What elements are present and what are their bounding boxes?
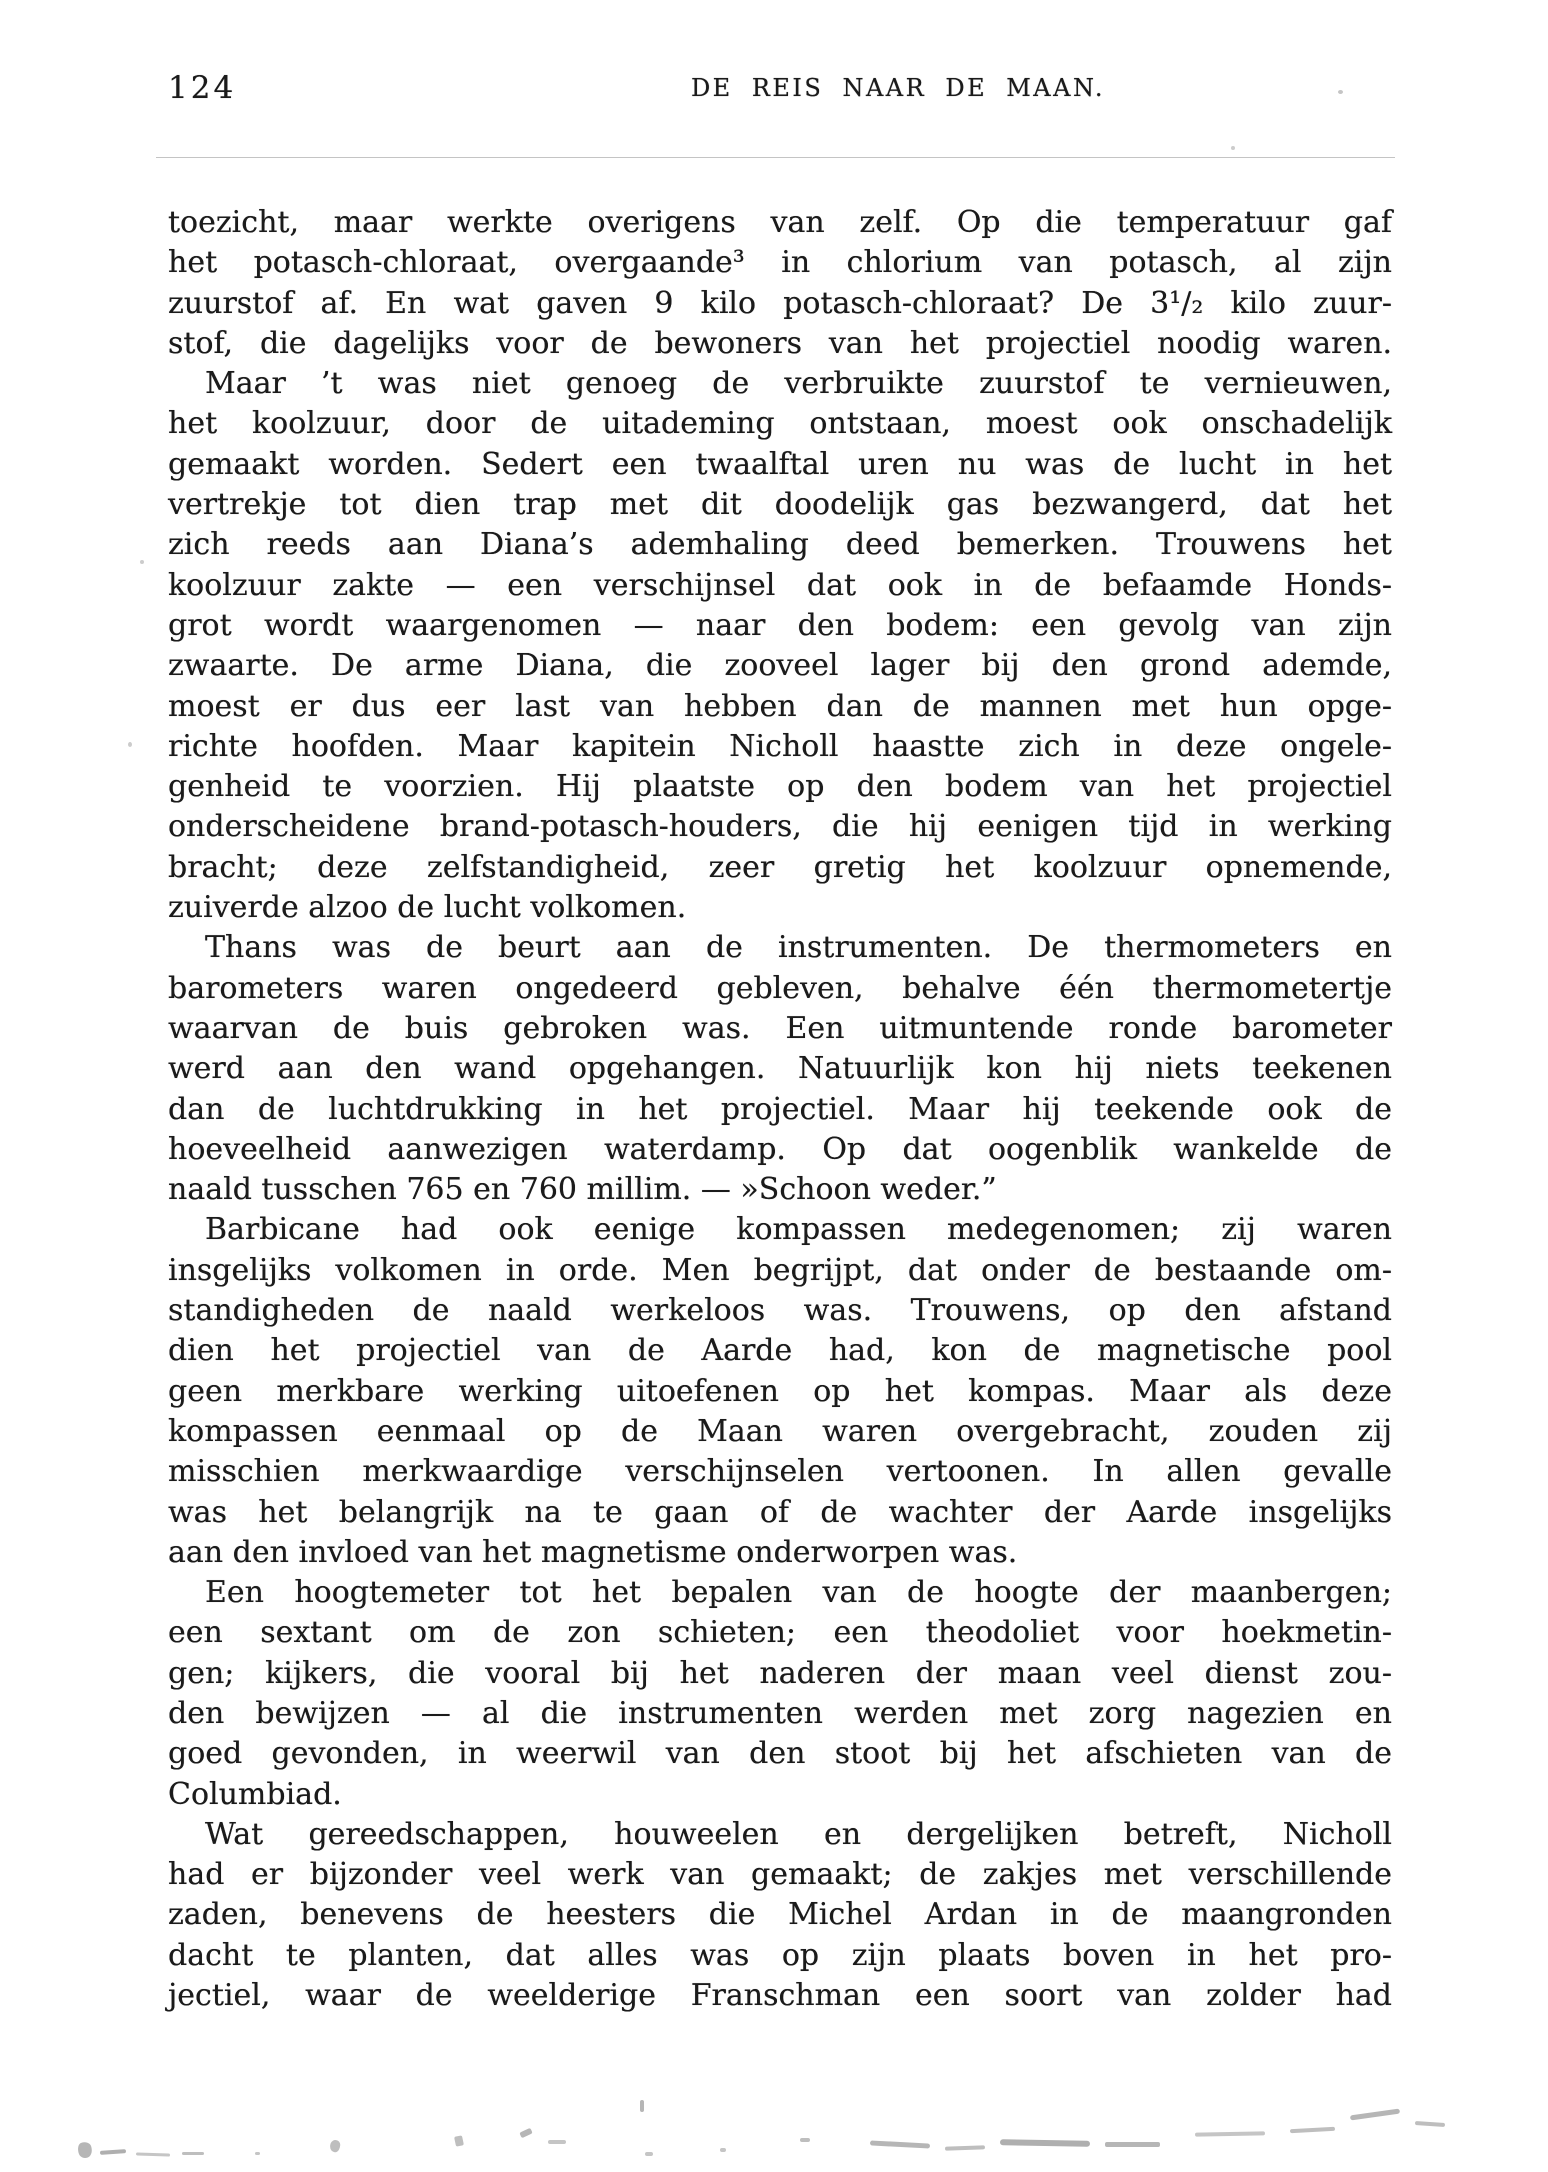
text-line: Barbicane had ook eenige kompassen medeg… [168, 1210, 1392, 1250]
text-line: zuiverde alzoo de lucht volkomen. [168, 888, 1392, 928]
text-line: standigheden de naald werkeloos was. Tro… [168, 1291, 1392, 1331]
text-line: hoeveelheid aanwezigen waterdamp. Op dat… [168, 1130, 1392, 1170]
page-header: 124 DE REIS NAAR DE MAAN. [168, 68, 1392, 112]
text-line: den bewijzen — al die instrumenten werde… [168, 1694, 1392, 1734]
scan-speckle [519, 2128, 532, 2139]
text-line: gen; kijkers, die vooral bij het naderen… [168, 1654, 1392, 1694]
text-line: jectiel, waar de weelderige Franschman e… [168, 1976, 1392, 2016]
text-line: zwaarte. De arme Diana, die zooveel lage… [168, 646, 1392, 686]
text-line: moest er dus eer last van hebben dan de … [168, 687, 1392, 727]
text-line: het koolzuur, door de uitademing ontstaa… [168, 404, 1392, 444]
header-rule [155, 152, 1396, 157]
text-line: dien het projectiel van de Aarde had, ko… [168, 1331, 1392, 1371]
scan-speckle [140, 560, 144, 564]
scan-speckle [945, 2145, 985, 2150]
scan-speckle [1105, 2142, 1160, 2147]
text-line: richte hoofden. Maar kapitein Nicholl ha… [168, 727, 1392, 767]
text-line: zuurstof af. En wat gaven 9 kilo potasch… [168, 284, 1392, 324]
text-line: koolzuur zakte — een verschijnsel dat oo… [168, 566, 1392, 606]
scan-speckle [548, 2140, 566, 2144]
text-line: zaden, benevens de heesters die Michel A… [168, 1895, 1392, 1935]
scan-speckle [182, 2152, 204, 2155]
scan-speckle [1000, 2139, 1090, 2147]
text-line: genheid te voorzien. Hij plaatste op den… [168, 767, 1392, 807]
scan-speckle [100, 2149, 126, 2155]
text-line: toezicht, maar werkte overigens van zelf… [168, 203, 1392, 243]
text-line: Columbiad. [168, 1775, 1392, 1815]
scan-speckle [1338, 90, 1343, 94]
running-title: DE REIS NAAR DE MAAN. [548, 74, 1248, 102]
scan-speckle [640, 2100, 644, 2112]
scan-speckle [255, 2152, 260, 2155]
text-line: naald tusschen 765 en 760 millim. — »Sch… [168, 1170, 1392, 1210]
text-line: had er bijzonder veel werk van gemaakt; … [168, 1855, 1392, 1895]
text-line: zich reeds aan Diana’s ademhaling deed b… [168, 525, 1392, 565]
text-line: barometers waren ongedeerd gebleven, beh… [168, 969, 1392, 1009]
scan-speckle [720, 2148, 726, 2152]
text-line: was het belangrijk na te gaan of de wach… [168, 1493, 1392, 1533]
text-line: werd aan den wand opgehangen. Natuurlijk… [168, 1049, 1392, 1089]
page-number: 124 [168, 70, 236, 106]
text-line: geen merkbare werking uitoefenen op het … [168, 1372, 1392, 1412]
scan-speckle [454, 2135, 464, 2146]
scan-speckle [128, 742, 132, 747]
text-line: bracht; deze zelfstandigheid, zeer greti… [168, 848, 1392, 888]
text-line: aan den invloed van het magnetisme onder… [168, 1533, 1392, 1573]
scan-speckle [800, 2138, 810, 2142]
text-line: goed gevonden, in weerwil van den stoot … [168, 1734, 1392, 1774]
text-line: Thans was de beurt aan de instrumenten. … [168, 928, 1392, 968]
text-line: het potasch-chloraat, overgaande³ in chl… [168, 243, 1392, 283]
scan-speckle [645, 2152, 653, 2156]
scan-speckle [1415, 2121, 1445, 2127]
page-body: toezicht, maar werkte overigens van zelf… [168, 203, 1392, 2016]
scan-speckle [1195, 2131, 1265, 2136]
book-page: 124 DE REIS NAAR DE MAAN. toezicht, maar… [0, 0, 1548, 2172]
text-line: onderscheidene brand-potasch-houders, di… [168, 807, 1392, 847]
text-line: grot wordt waargenomen — naar den bodem:… [168, 606, 1392, 646]
text-line: stof, die dagelijks voor de bewoners van… [168, 324, 1392, 364]
text-line: Wat gereedschappen, houweelen en dergeli… [168, 1815, 1392, 1855]
text-line: insgelijks volkomen in orde. Men begrijp… [168, 1251, 1392, 1291]
text-line: gemaakt worden. Sedert een twaalftal ure… [168, 445, 1392, 485]
scan-speckle [76, 2140, 94, 2160]
scan-speckle [1350, 2109, 1400, 2121]
text-line: dacht te planten, dat alles was op zijn … [168, 1936, 1392, 1976]
scan-speckle [1290, 2127, 1335, 2133]
text-line: waarvan de buis gebroken was. Een uitmun… [168, 1009, 1392, 1049]
scan-speckle [136, 2152, 170, 2156]
text-line: een sextant om de zon schieten; een theo… [168, 1613, 1392, 1653]
text-line: misschien merkwaardige verschijnselen ve… [168, 1452, 1392, 1492]
text-line: dan de luchtdrukking in het projectiel. … [168, 1090, 1392, 1130]
text-line: kompassen eenmaal op de Maan waren overg… [168, 1412, 1392, 1452]
text-line: vertrekje tot dien trap met dit doodelij… [168, 485, 1392, 525]
scan-speckle [328, 2139, 342, 2154]
text-line: Een hoogtemeter tot het bepalen van de h… [168, 1573, 1392, 1613]
scan-speckle [1231, 146, 1235, 150]
scan-speckle [870, 2140, 930, 2148]
text-line: Maar ’t was niet genoeg de verbruikte zu… [168, 364, 1392, 404]
